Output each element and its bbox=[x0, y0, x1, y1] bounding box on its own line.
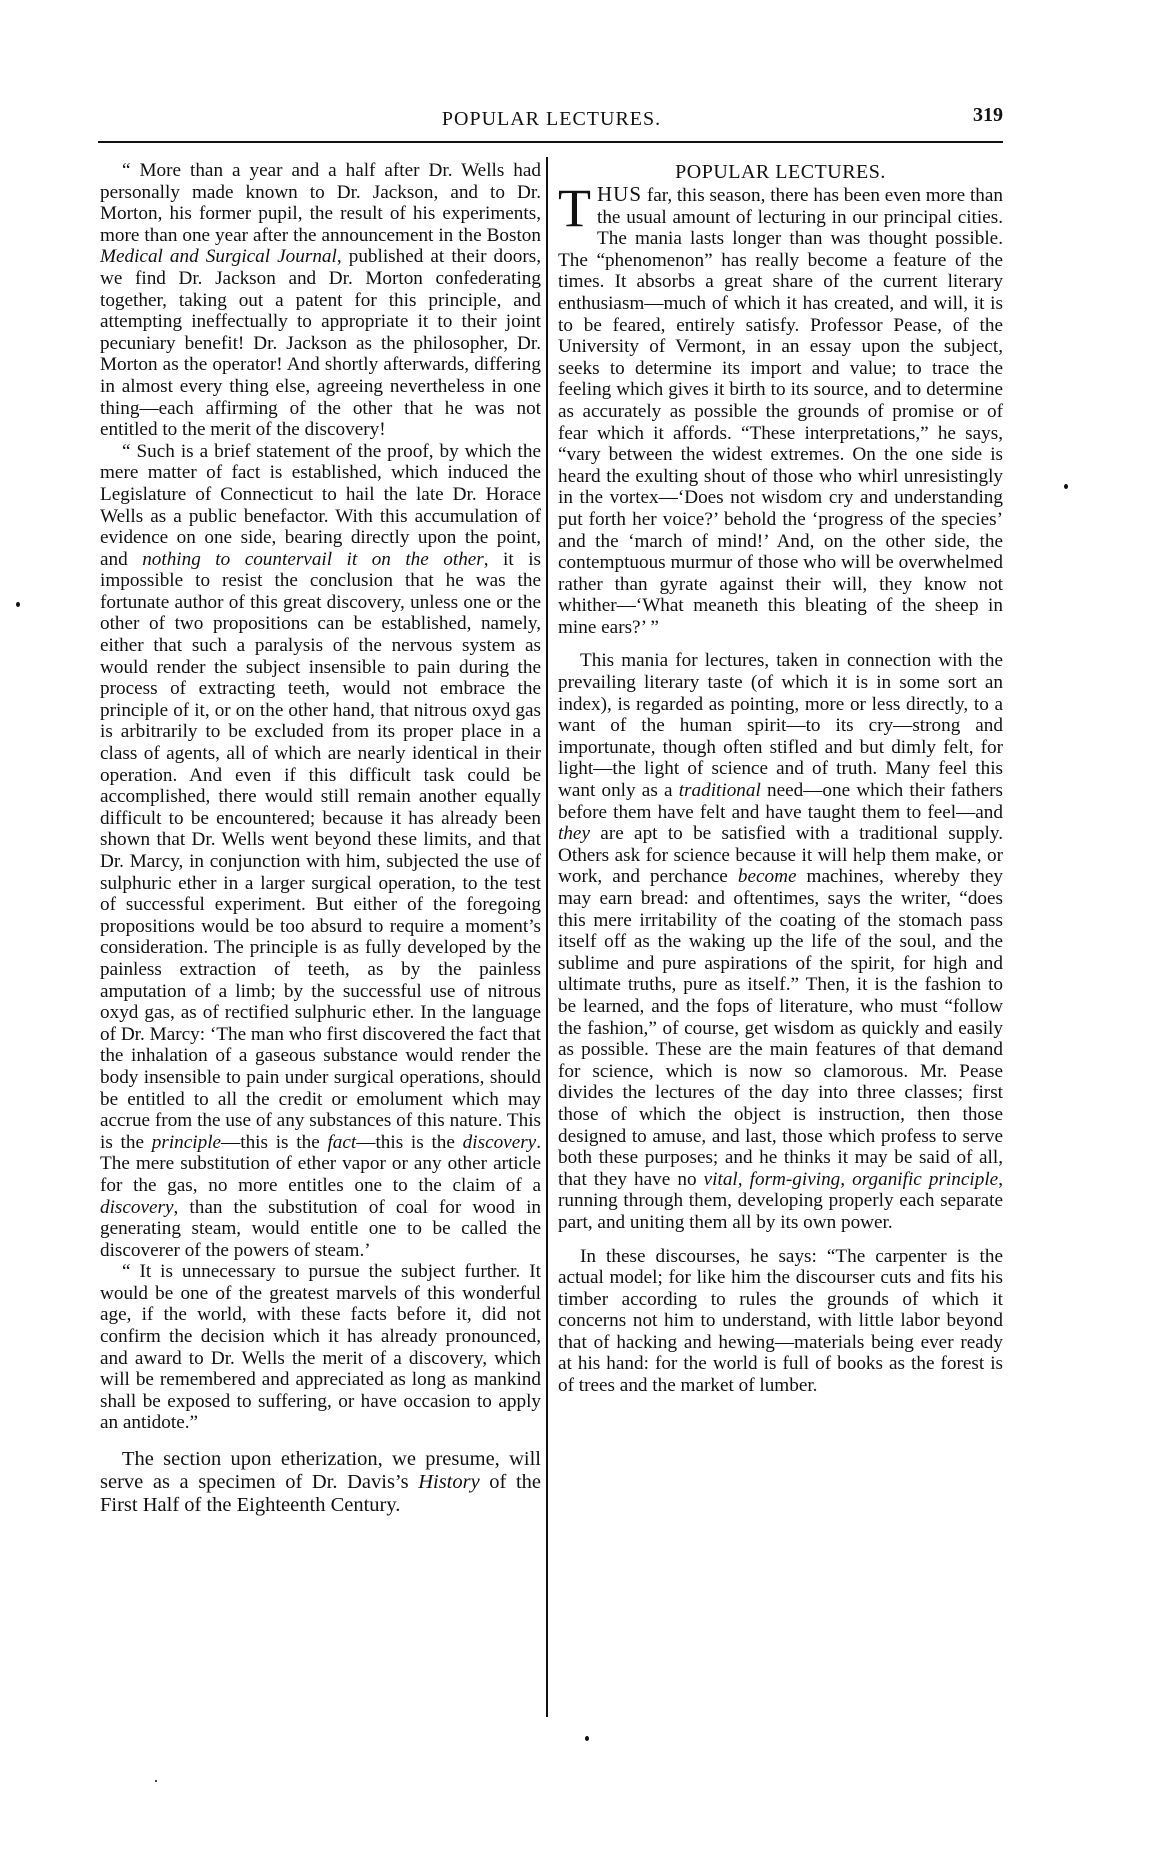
closing-paragraph: The section upon etherization, we presum… bbox=[100, 1448, 541, 1517]
right-column: POPULAR LECTURES. THUS far, this season,… bbox=[558, 160, 1003, 1397]
right-column-paragraphs: This mania for lectures, taken in connec… bbox=[558, 650, 1003, 1396]
paragraph: “ More than a year and a half after Dr. … bbox=[100, 160, 541, 441]
italic-text: become bbox=[738, 866, 797, 887]
opening-paragraph: THUS far, this season, there has been ev… bbox=[558, 184, 1003, 638]
scan-speck bbox=[585, 1736, 589, 1741]
paragraph: This mania for lectures, taken in connec… bbox=[558, 650, 1003, 1233]
italic-text: Medical and Surgical Journal bbox=[100, 246, 337, 267]
italic-text: they bbox=[558, 823, 590, 844]
text-run: —this is the bbox=[221, 1132, 327, 1153]
text-run: In these discourses, he says: “The carpe… bbox=[558, 1246, 1003, 1397]
running-head: POPULAR LECTURES. 319 bbox=[100, 104, 1003, 134]
italic-text: discovery bbox=[463, 1132, 537, 1153]
paragraph: In these discourses, he says: “The carpe… bbox=[558, 1246, 1003, 1397]
scan-speck bbox=[1064, 484, 1068, 489]
text-run: —this is the bbox=[356, 1132, 462, 1153]
text-run: , it is impossible to resist the conclus… bbox=[100, 549, 541, 1153]
opening-paragraph-body: far, this season, there has been even mo… bbox=[558, 185, 1003, 638]
text-run: , published at their doors, we find Dr. … bbox=[100, 246, 541, 440]
column-divider bbox=[546, 157, 548, 1717]
text-run: “ It is unnecessary to pursue the subjec… bbox=[100, 1261, 541, 1433]
drop-cap-word: HUS bbox=[597, 182, 642, 206]
italic-text: principle bbox=[152, 1132, 221, 1153]
page-number: 319 bbox=[973, 104, 1003, 127]
italic-text: discovery bbox=[100, 1197, 174, 1218]
text-run: machines, whereby they may earn bread: a… bbox=[558, 866, 1003, 1189]
italic-text: traditional bbox=[679, 780, 761, 801]
italic-text: nothing to countervail it on the other bbox=[142, 549, 484, 570]
italic-text: fact bbox=[327, 1132, 356, 1153]
scanned-page: POPULAR LECTURES. 319 “ More than a year… bbox=[0, 0, 1176, 1850]
text-run: far, this season, there has been even mo… bbox=[558, 185, 1003, 638]
left-column-paragraphs: “ More than a year and a half after Dr. … bbox=[100, 160, 541, 1434]
italic-text: History bbox=[418, 1471, 480, 1493]
paragraph: “ It is unnecessary to pursue the subjec… bbox=[100, 1261, 541, 1434]
running-title: POPULAR LECTURES. bbox=[100, 108, 1003, 131]
scan-speck bbox=[16, 602, 20, 607]
text-run: “ More than a year and a half after Dr. … bbox=[100, 160, 541, 246]
scan-speck bbox=[155, 1780, 157, 1782]
drop-cap: T bbox=[558, 186, 591, 230]
article-title: POPULAR LECTURES. bbox=[558, 160, 1003, 184]
left-column: “ More than a year and a half after Dr. … bbox=[100, 160, 541, 1517]
header-rule bbox=[98, 141, 1003, 143]
italic-text: vital, form-giving, organific principle bbox=[704, 1169, 999, 1190]
paragraph: “ Such is a brief statement of the proof… bbox=[100, 441, 541, 1262]
text-run: This mania for lectures, taken in connec… bbox=[558, 650, 1003, 801]
